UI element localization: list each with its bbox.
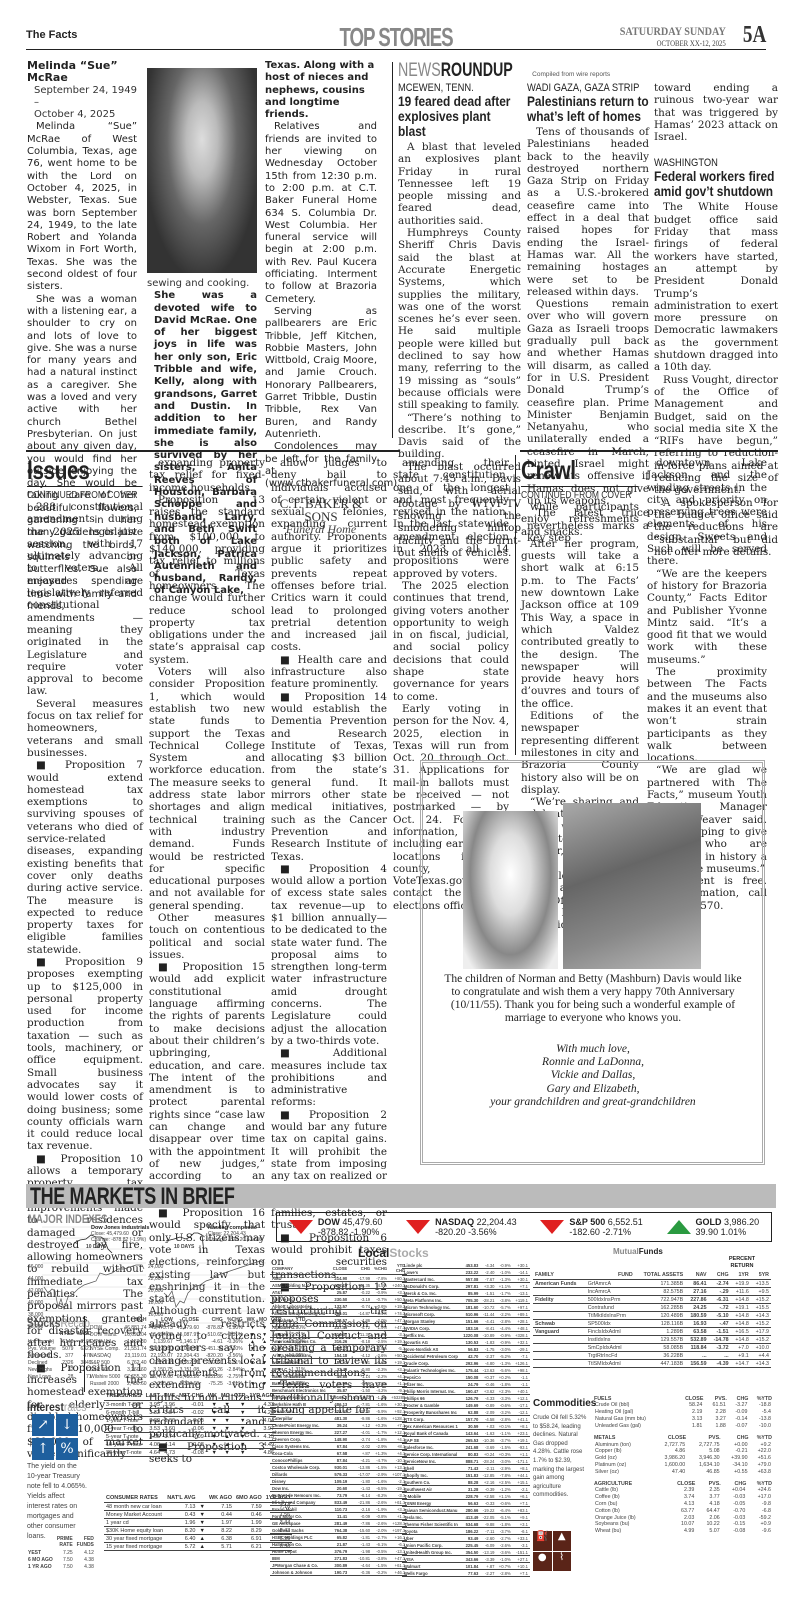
table-cell: 1-year T-note (104, 1417, 144, 1425)
table-cell: Union Pacific Corp. (402, 1542, 461, 1549)
table-cell (533, 1344, 586, 1352)
table-cell: 888.71 (461, 1458, 480, 1465)
paragraph: Tens of thousands of Palestinians headed… (527, 126, 649, 298)
table-row: Natural Gas (mm btu)3.133.27-0.14-13.8 (594, 1416, 772, 1423)
paragraph: Other measures touch on contentious poli… (149, 912, 265, 961)
table-cell: 271.83 (328, 1555, 349, 1562)
table-cell: -3.2% (497, 1409, 513, 1416)
table-row: Cisco Systems Inc.67.84-2.02-2.9%+8.1 (270, 1443, 407, 1450)
table-cell: -90.26 (201, 1366, 225, 1373)
table-cell: -1.63 (480, 1430, 496, 1437)
column-header: 5YR (751, 1271, 771, 1280)
table-cell: 2.28 (703, 1409, 726, 1416)
table-cell: 0.46 (234, 1511, 264, 1519)
table-cell: 532.89 (685, 1336, 708, 1344)
column-header (26, 1330, 58, 1338)
table-row: Micron Technology Inc.181.60-10.72-5.7%+… (402, 1304, 530, 1311)
table-cell: -7.11 (480, 1528, 496, 1535)
table-cell (533, 1288, 586, 1296)
table-cell: 180.59 (685, 1312, 708, 1320)
table-cell: 833.49 (328, 1499, 349, 1506)
interest-title-light: rates (64, 1400, 87, 1414)
table-row: HSBC Holdings PLC65.82-1.81-2.7%+16.1 (270, 1534, 407, 1541)
table-cell: 46.85 (686, 1468, 720, 1475)
table-row: Johnson & Johnson190.73-0.36-0.2%+46.1 (270, 1569, 407, 1576)
table-cell: 30 year fixed mortgage (104, 1535, 165, 1543)
table-cell: New Highs (26, 1366, 58, 1373)
table-cell: ▲ (219, 1433, 232, 1441)
local-stocks-table-right: Linde plc453.83-4.34-0.9%+30.1Lowe's232.… (402, 1262, 530, 1577)
ticker-text: NASDAQ 22,204.43-820.20 -3.56% (435, 1217, 517, 1237)
table-cell: -8.77 (349, 1345, 372, 1352)
ticker-name: GOLD (696, 1217, 725, 1227)
paragraph: Voters will also consider Proposition 1,… (149, 666, 265, 912)
table-cell: 151.83 (461, 1472, 480, 1479)
table-cell: 7.50 (55, 1556, 75, 1563)
table-cell: +10.1 (513, 1563, 530, 1570)
table-cell: 2,727.75 (686, 1441, 720, 1448)
table-cell: +0.24 (480, 1451, 496, 1458)
table-cell: 39.24 (328, 1422, 349, 1429)
interest-title-bold: Interest (27, 1400, 64, 1414)
obit-name: Melinda “Sue” McRae (27, 60, 137, 85)
table-cell: 930.01 (328, 1464, 349, 1471)
table-row: VanguardFinclsIdxAdml1.289B63.58-1.51+16… (533, 1328, 771, 1336)
table-row: $30K Home equity loan8.20▼8.228.298.43 (104, 1527, 292, 1535)
table-cell: -0.09 (727, 1409, 749, 1416)
table-cell: AbbVie Inc. (270, 1296, 328, 1303)
consumer-rates-table: CONSUMER RATESNAT'L AVGWK AGO6MO AGO1YR … (104, 1494, 292, 1551)
table-cell: 80.83 (461, 1451, 480, 1458)
table-cell: -9.86 (349, 1415, 372, 1422)
table-row: Cattle (lb)2.392.35+0.04+24.6 (594, 1487, 772, 1494)
table-cell: Thermo Fisher Scientific In (402, 1521, 461, 1528)
table-cell: +1.1% (497, 1493, 513, 1500)
table-cell: -8.18 (349, 1338, 372, 1345)
table-cell: -6.14 (349, 1492, 372, 1499)
table-cell: -.47 (709, 1320, 731, 1328)
paragraph: 288 constitutional amendments during the… (27, 501, 143, 698)
section-rule (520, 450, 778, 452)
table-row: Oracle Corp.292.96-4.80-1.3%+126.1 (402, 1360, 530, 1367)
table-cell: 22,193.07 (149, 1352, 175, 1359)
table-cell: 1.88 (703, 1422, 726, 1429)
table-row: PepsiCo150.08+0.37+0.2%-1.1 (402, 1374, 530, 1381)
signature-line: Gary and Elizabeth, (443, 1083, 743, 1096)
table-cell: ... (709, 1352, 731, 1360)
table-cell: +0.04 (721, 1487, 747, 1494)
table-cell: 6.38 (207, 1535, 234, 1543)
story-headline: Palestinians return to what’s left of ho… (527, 94, 649, 124)
pig-icon: ● (533, 1552, 552, 1572)
table-row: CenterPoint Energy Inc.39.24+.12+0.3%+7.… (270, 1422, 407, 1429)
table-cell: AMD (270, 1275, 328, 1282)
table-cell: -0.22 (349, 1289, 372, 1296)
dow-chart-legend: Dow Jones industrials Close: 45,479.60 C… (91, 1225, 151, 1243)
table-cell: 3,260.60 (122, 1366, 148, 1373)
table-cell: Tesla Inc. (402, 1514, 461, 1521)
table-cell: 2.06 (695, 1514, 720, 1521)
table-row: Philip Morris Internat. Inc.160.47+3.62+… (402, 1388, 530, 1395)
table-cell: Service Corp. International (402, 1451, 461, 1458)
table-cell: 2.19 (675, 1409, 703, 1416)
table-cell: 7.50 (55, 1563, 75, 1570)
table-row: ServiceNow Inc.888.71-28.24-3.0%-171.1 (402, 1458, 530, 1465)
table-cell: +40.1 (513, 1388, 530, 1395)
table-cell: -7.67 (480, 1276, 496, 1283)
table-cell: -14.78 (709, 1336, 731, 1344)
table-cell: -4.64 (349, 1562, 372, 1569)
table-cell: Morgan Stanley (402, 1318, 461, 1325)
table-cell: +15.1 (513, 1479, 530, 1486)
table-row: 30-year T-note4.644.73-0.08▼▼▼4.86 (104, 1449, 276, 1457)
table-cell: DOW Trans. (88, 1331, 122, 1338)
table-row: Novo-Nordisk AS56.83-1.75-3.0%-29.1 (402, 1346, 530, 1353)
table-cell: ▼ (232, 1449, 248, 1457)
table-header-row: TREASURIESLASTPVSNET CHGWKMOQTR1YR AGO (104, 1392, 276, 1401)
table-cell: 10.07 (665, 1521, 695, 1528)
table-cell: 6,552.51 (175, 1359, 201, 1366)
table-cell: 4.18 (695, 1501, 720, 1508)
paragraph: amending their state constitution, one o… (393, 457, 509, 580)
table-cell: -820.20 (201, 1352, 225, 1359)
paragraph: The White House budget office said Frida… (654, 201, 778, 373)
table-cell: Philip Morris Internat. Inc. (402, 1388, 461, 1395)
table-cell: +33.1 (513, 1535, 530, 1542)
table-cell: ▼ (245, 1324, 257, 1331)
table-cell: 20.60 (328, 1485, 349, 1492)
table-cell: 376.79 (328, 1548, 349, 1555)
table-cell: 157.70 (461, 1416, 480, 1423)
paragraph: downtown Lake Jackson, and the winding s… (647, 457, 767, 568)
table-cell: 228.79 (461, 1493, 480, 1500)
table-cell: -4.21 (349, 1457, 372, 1464)
table-cell: -1.75 (480, 1346, 496, 1353)
table-cell: 77.63 (461, 1570, 480, 1577)
table-cell: -12.1 (513, 1409, 530, 1416)
table-cell: 1220.08 (461, 1332, 480, 1339)
table-cell: -5.6% (497, 1367, 513, 1374)
table-cell: 486.13 (328, 1401, 349, 1408)
table-cell: -2.8% (497, 1416, 513, 1423)
table-cell: -1.50 (349, 1387, 372, 1394)
table-cell: -4.2% (372, 1387, 389, 1394)
table-cell: Caterpillar (270, 1415, 328, 1422)
table-cell: 1 YR AGO (26, 1563, 55, 1570)
table-cell: -2.40 (480, 1269, 496, 1276)
table-cell: Home Depot (270, 1548, 328, 1555)
prime-fed-table: PRIME RATEFED FUNDSYEST7.254.126 MO AGO7… (26, 1535, 96, 1570)
table-row: Contrafund162.285B24.25-.72+19.1+15.5 (533, 1304, 771, 1312)
table-cell: 4.86 (652, 1448, 686, 1455)
table-cell: -4.12 (349, 1352, 372, 1359)
table-row: 6-month T-bill3.823.84-0.02▼▼▼4.20 (104, 1409, 276, 1417)
table-cell: 22,204.43 (175, 1352, 201, 1359)
table-cell: 413.49 (461, 1514, 480, 1521)
table-row: Uber93.49-2.60-2.7%+33.1 (402, 1535, 530, 1542)
table-cell: +0.2% (497, 1374, 513, 1381)
table-cell: -0.14 (727, 1416, 749, 1423)
table-cell: Bassett Furniture (270, 1380, 328, 1387)
table-cell: 7.15 (207, 1503, 234, 1511)
commodities-title: Commodities (533, 1398, 596, 1409)
table-cell: 16,690.04 (122, 1331, 148, 1338)
table-cell: Micron Technology Inc. (402, 1304, 461, 1311)
table-cell: Crude Oil (bbl) (594, 1402, 675, 1409)
table-cell: -1.51 (480, 1290, 496, 1297)
table-cell: -1.5% (372, 1464, 389, 1471)
column-header: CHG (201, 1316, 225, 1324)
table-cell: 67.58 (328, 1450, 349, 1457)
commodity-table-fuels: FUELSCLOSEPVS.CHG%YTDCrude Oil (bbl)58.2… (594, 1396, 772, 1429)
table-cell: +1.3% (372, 1450, 389, 1457)
table-cell: +0.00 (721, 1441, 749, 1448)
table-row: Pfizer Inc.24.79-0.46-1.8%-1.1 (402, 1381, 530, 1388)
table-row: TtlSMIdxAdml447.183B156.59-4.39+14.7+14.… (533, 1360, 771, 1368)
ticker-value: 22,204.43 (477, 1217, 517, 1227)
table-cell: Oracle Corp. (402, 1360, 461, 1367)
table-cell: Schwab (533, 1320, 586, 1328)
table-row: Costco Wholesale Corp.930.01-13.86-1.5%+… (270, 1464, 407, 1471)
table-cell: Abbott Laboratories (270, 1303, 328, 1310)
table-cell: 24.25 (685, 1304, 708, 1312)
table-cell: 120.489B (635, 1312, 685, 1320)
ticker-change: -182.60 (569, 1227, 602, 1237)
table-cell: -451.30 (201, 1345, 225, 1352)
table-cell: 0.43 (165, 1511, 197, 1519)
table-cell: -0.6% (372, 1359, 389, 1366)
table-cell: 181.60 (461, 1304, 480, 1311)
ticker-pct: 1.01% (721, 1227, 747, 1237)
newspaper-logo: The Facts (26, 29, 77, 41)
table-row: ConocoPhillips87.84-4.21-4.7%-10.1 (270, 1457, 407, 1464)
table-row: American FundsGrfAmrcA171.385B86.41-2.74… (533, 1280, 771, 1288)
table-cell: Fidelity (533, 1296, 586, 1304)
table-cell: Money Market Account (104, 1511, 165, 1519)
table-cell: -1.1 (513, 1381, 530, 1388)
table-cell: +19.9 (731, 1280, 751, 1288)
table-cell: -151.1 (513, 1549, 530, 1556)
table-cell: 3.13 (675, 1416, 703, 1423)
table-cell: +97.1 (513, 1304, 530, 1311)
table-cell: 175.44 (461, 1367, 480, 1374)
table-cell: -20.39 (349, 1408, 372, 1415)
table-row: AMD214.90-17.99-7.8%+80.1 (270, 1275, 407, 1282)
table-cell: TXNM Energy (402, 1500, 461, 1507)
markets-title: THE MARKETS IN BRIEF (30, 1183, 235, 1211)
table-cell: -0.9% (372, 1289, 389, 1296)
table-cell: -2.75% (225, 1373, 245, 1380)
column-rule (515, 455, 516, 755)
table-cell: 1,150.80 (122, 1338, 148, 1345)
table-cell: 149.69 (461, 1402, 480, 1409)
table-cell: -182.60 (201, 1359, 225, 1366)
table-row: Southern Co.88.28+2.16+2.5%+15.1 (402, 1479, 530, 1486)
gold-bars-icon: ▲ (553, 1531, 572, 1551)
table-cell: Occidental Petroleum Corp (402, 1353, 461, 1360)
table-cell: 3.96 (162, 1401, 177, 1409)
table-cell: 8.22 (207, 1527, 234, 1535)
table-cell: 764.38 (328, 1527, 349, 1534)
y-tick: 18,000 (148, 1297, 163, 1309)
ticker-change: -878.82 (318, 1227, 351, 1237)
table-cell: Wheat (bu) (594, 1528, 665, 1535)
table-cell: -1.5% (497, 1444, 513, 1451)
table-cell: ▼ (206, 1417, 219, 1425)
table-cell: -2.6% (372, 1520, 389, 1527)
table-cell: Astrazeneca (270, 1359, 328, 1366)
table-cell: -3.39 (480, 1556, 496, 1563)
table-cell: +12.1 (513, 1395, 530, 1402)
table-row: Rex American Resources 130.59+.03+0.1%+8… (402, 1423, 530, 1430)
table-cell: +19.1 (731, 1304, 751, 1312)
table-row: 5-year T-note3.653.74-0.09▼▲▼4.15 (104, 1433, 276, 1441)
column-header (198, 1494, 207, 1503)
table-cell: Contrafund (586, 1304, 635, 1312)
table-row: Meta Platforms Inc.705.30-28.21-3.8%+119… (402, 1297, 530, 1304)
paragraph: ■ Proposition 9 proposes exempting up to… (27, 956, 143, 1153)
table-cell: 8.29 (234, 1527, 264, 1535)
table-cell: -0.21 (721, 1448, 749, 1455)
table-cell: 227.27 (328, 1429, 349, 1436)
table-cell: ▲ (257, 1338, 269, 1345)
table-row: Aluminum (ton)2,727.752,727.75+0.00+9.2 (594, 1441, 772, 1448)
table-cell: FinclsIdxAdml (586, 1328, 635, 1336)
table-cell: -1.43 (349, 1485, 372, 1492)
table-cell: -0.07 (727, 1422, 749, 1429)
table-cell: 3-month T-bill (104, 1401, 144, 1409)
table-cell: ▼ (232, 1417, 248, 1425)
column-header: %CHG (225, 1316, 245, 1324)
table-cell: Ford Motor Co. (270, 1513, 328, 1520)
table-cell: AT&T (270, 1289, 328, 1296)
table-cell: -2.16 (349, 1506, 372, 1513)
table-cell: IBM (270, 1555, 328, 1562)
table-cell (533, 1336, 586, 1344)
table-cell: -13.8 (748, 1416, 772, 1423)
table-cell: 101.84 (461, 1563, 480, 1570)
y-tick: 22,000 (148, 1273, 163, 1285)
table-cell: Southern Co. (402, 1479, 461, 1486)
table-cell: +27.1 (513, 1556, 530, 1563)
table-cell: +15.5 (751, 1304, 771, 1312)
table-row: Wheat (bu)4.995.07-0.08-9.6 (594, 1528, 772, 1535)
table-cell: 237.49 (328, 1324, 349, 1331)
obit-portrait-photo (147, 68, 257, 273)
recap-title-bold: Stocks (27, 1316, 60, 1330)
table-cell: 230.50 (328, 1296, 349, 1303)
table-cell: -2.7% (372, 1534, 389, 1541)
table-cell: T-Mobile (402, 1493, 461, 1500)
table-cell: 481.30 (328, 1415, 349, 1422)
table-cell: 722.947B (635, 1296, 685, 1304)
table-cell: 343.66 (461, 1556, 480, 1563)
table-cell: 245.27 (328, 1345, 349, 1352)
column-header (88, 1316, 122, 1324)
table-cell: 4.73 (162, 1449, 177, 1457)
anniversary-signature: With much love,Ronnie and LaDonna,Vickie… (443, 1043, 743, 1109)
table-cell: 2,390.02 (149, 1380, 175, 1387)
table-cell: 3.27 (703, 1416, 726, 1423)
table-cell: Halliburton Co. (270, 1541, 328, 1548)
table-cell: 5.71 (207, 1543, 234, 1551)
table-row: 48 month new car loan7.13▼7.157.597.18 (104, 1503, 292, 1511)
table-cell: -1.0% (497, 1556, 513, 1563)
table-cell: 64.47 (695, 1507, 720, 1514)
table-cell: -8.2% (372, 1492, 389, 1499)
table-row: RTX Corp.157.70-4.58-2.8%+41.1 (402, 1416, 530, 1423)
table-cell: -13.1 (513, 1290, 530, 1297)
table-cell: -2.27 (480, 1570, 496, 1577)
table-cell: -1.3% (497, 1360, 513, 1367)
column-header: COMPANY (270, 1262, 328, 1275)
table-cell: -0.74 (349, 1303, 372, 1310)
table-cell: Microsoft Corp. (402, 1311, 461, 1318)
table-row: Wells Fargo77.63-2.27-2.8%+7.1 (402, 1570, 530, 1577)
table-header-row: COMPANYCLOSECHG%CHGYTD CHG (270, 1262, 407, 1275)
table-row: Disney109.19-1.80-1.6%-2.1 (270, 1478, 407, 1485)
table-cell: -2.9% (372, 1443, 389, 1450)
up-arrow-icon (667, 1220, 691, 1234)
table-row: Alphabet A236.57-4.86-2.0%+47.1 (270, 1317, 407, 1324)
table-cell: +30.1 (513, 1276, 530, 1283)
table-cell: Vanguard (533, 1328, 586, 1336)
table-cell: Apple (270, 1345, 328, 1352)
table-cell: -4.58 (480, 1416, 496, 1423)
table-cell: -2.11 (480, 1465, 496, 1472)
table-cell: Merck & Co. Inc. (402, 1290, 461, 1297)
table-cell: 42.70 (461, 1353, 480, 1360)
table-cell: Meta Platforms Inc. (402, 1297, 461, 1304)
column-header: FED FUNDS (75, 1535, 96, 1549)
table-cell: 1.97 (207, 1519, 234, 1527)
table-cell: +328.1 (513, 1332, 530, 1339)
table-cell: 3,946.30 (686, 1455, 720, 1462)
table-cell: +14.8 (731, 1312, 751, 1320)
table-row: Tesla Inc.413.49-22.05-5.1%+9.1 (402, 1514, 530, 1521)
table-cell: Southwest Air (402, 1486, 461, 1493)
paragraph: Proposition 13 raises the standard homes… (149, 494, 265, 666)
column-header: PVS (162, 1392, 177, 1401)
table-cell (533, 1360, 586, 1368)
table-cell: -0.6% (497, 1500, 513, 1507)
local-title-bold: Local (358, 1246, 389, 1260)
table-cell: -9.88 (480, 1521, 496, 1528)
table-cell: -0.06 (177, 1417, 206, 1425)
table-cell: Benchmark Electronics Inc (270, 1387, 328, 1394)
table-row: Amazon216.37-11.37-5.0%-3.1 (270, 1331, 407, 1338)
table-cell: JPMorgan Chase & Co. (270, 1562, 328, 1569)
table-cell: Pfizer Inc. (402, 1381, 461, 1388)
y-tick: 42,000 (28, 1285, 43, 1297)
mutual-funds-title: MutualFunds (613, 1247, 663, 1256)
table-cell: +7.1 (513, 1283, 530, 1290)
table-cell: 2.39 (665, 1487, 695, 1494)
table-row: Caterpillar481.30-9.86-1.6%+128.1 (270, 1415, 407, 1422)
table-cell: -0.5% (372, 1548, 389, 1555)
table-cell: -3.31% (225, 1331, 245, 1338)
table-cell: -1.9% (372, 1506, 389, 1513)
table-cell: -18.8 (748, 1402, 772, 1409)
table-cell: TtlSMIdxAdml (586, 1360, 635, 1368)
table-cell: -10.81 (349, 1555, 372, 1562)
table-cell: 5.08 (686, 1448, 720, 1455)
table-cell: -7.81 (349, 1401, 372, 1408)
table-cell: 88.28 (461, 1479, 480, 1486)
table-row: Berkshire Hath A729165.0-10204.62-1.4%+5… (270, 1394, 407, 1401)
paragraph: Humphreys County Sheriff Chris Davis sai… (398, 227, 521, 411)
table-cell: Mastercard Inc. (402, 1276, 461, 1283)
